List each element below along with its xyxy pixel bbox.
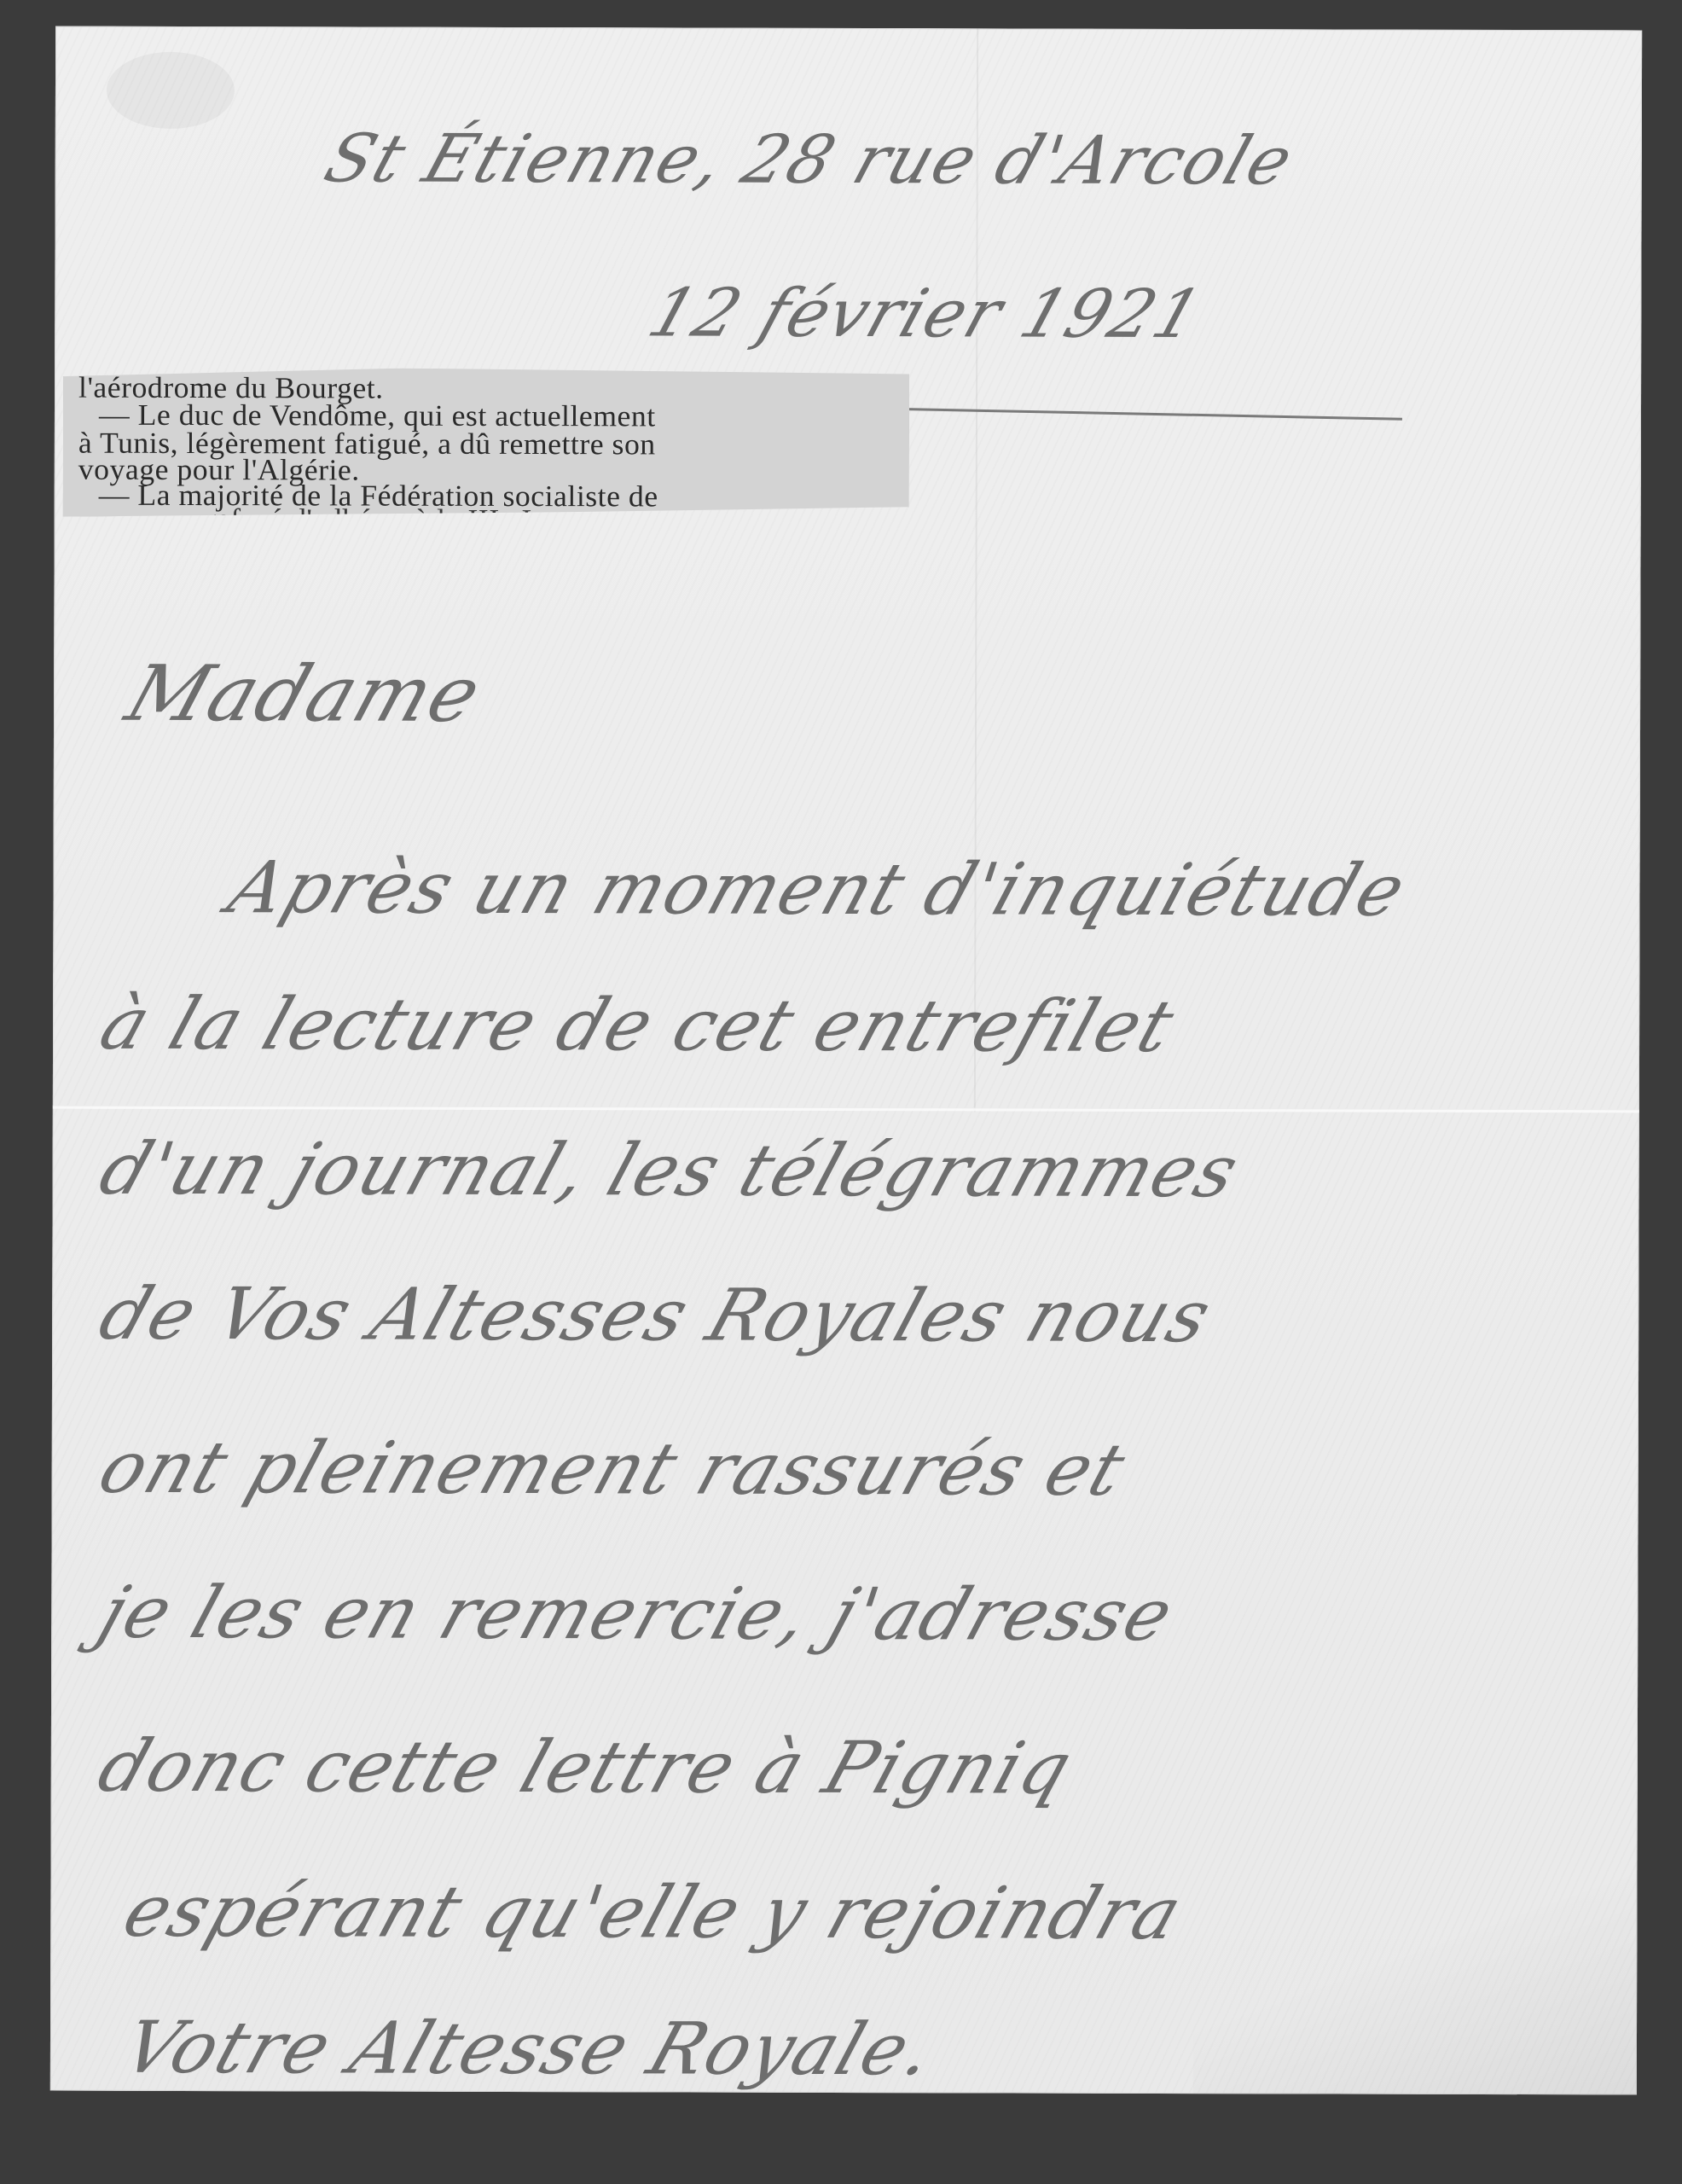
letter-salutation: Madame <box>116 649 493 740</box>
letter-body-line: d'un journal, les télégrammes <box>90 1127 1250 1213</box>
horizontal-fold-line <box>53 1106 1639 1113</box>
letter-body-line: ont pleinement rassurés et <box>90 1426 1137 1512</box>
newspaper-clipping: l'aérodrome du Bourget. — Le duc de Vend… <box>63 368 909 520</box>
date-underline <box>908 408 1402 421</box>
letter-body-line: Votre Altesse Royale. <box>113 2006 946 2091</box>
letter-body-line: Après un moment d'inquiétude <box>218 845 1417 932</box>
letter-date-line: 12 février 1921 <box>640 275 1213 353</box>
letter-body-line: donc cette lettre à Pigniq <box>89 1724 1083 1810</box>
clipping-line-cut: ... refusé d'adhérer à la IIIe Interna- <box>174 502 622 519</box>
page-corner-shadow <box>1193 1872 1638 2094</box>
letter-body-line: espérant qu'elle y rejoindra <box>113 1869 1193 1955</box>
letter-body-line: de Vos Altesses Royales nous <box>90 1272 1222 1358</box>
letter-address-line: St Étienne, 28 rue d'Arcole <box>316 120 1303 200</box>
paper-stain <box>107 52 235 129</box>
letter-body-line: je les en remercie, j'adresse <box>89 1571 1185 1657</box>
letter-body-line: à la lecture de cet entrefilet <box>90 982 1186 1068</box>
letter-page: St Étienne, 28 rue d'Arcole 12 février 1… <box>50 26 1642 2095</box>
